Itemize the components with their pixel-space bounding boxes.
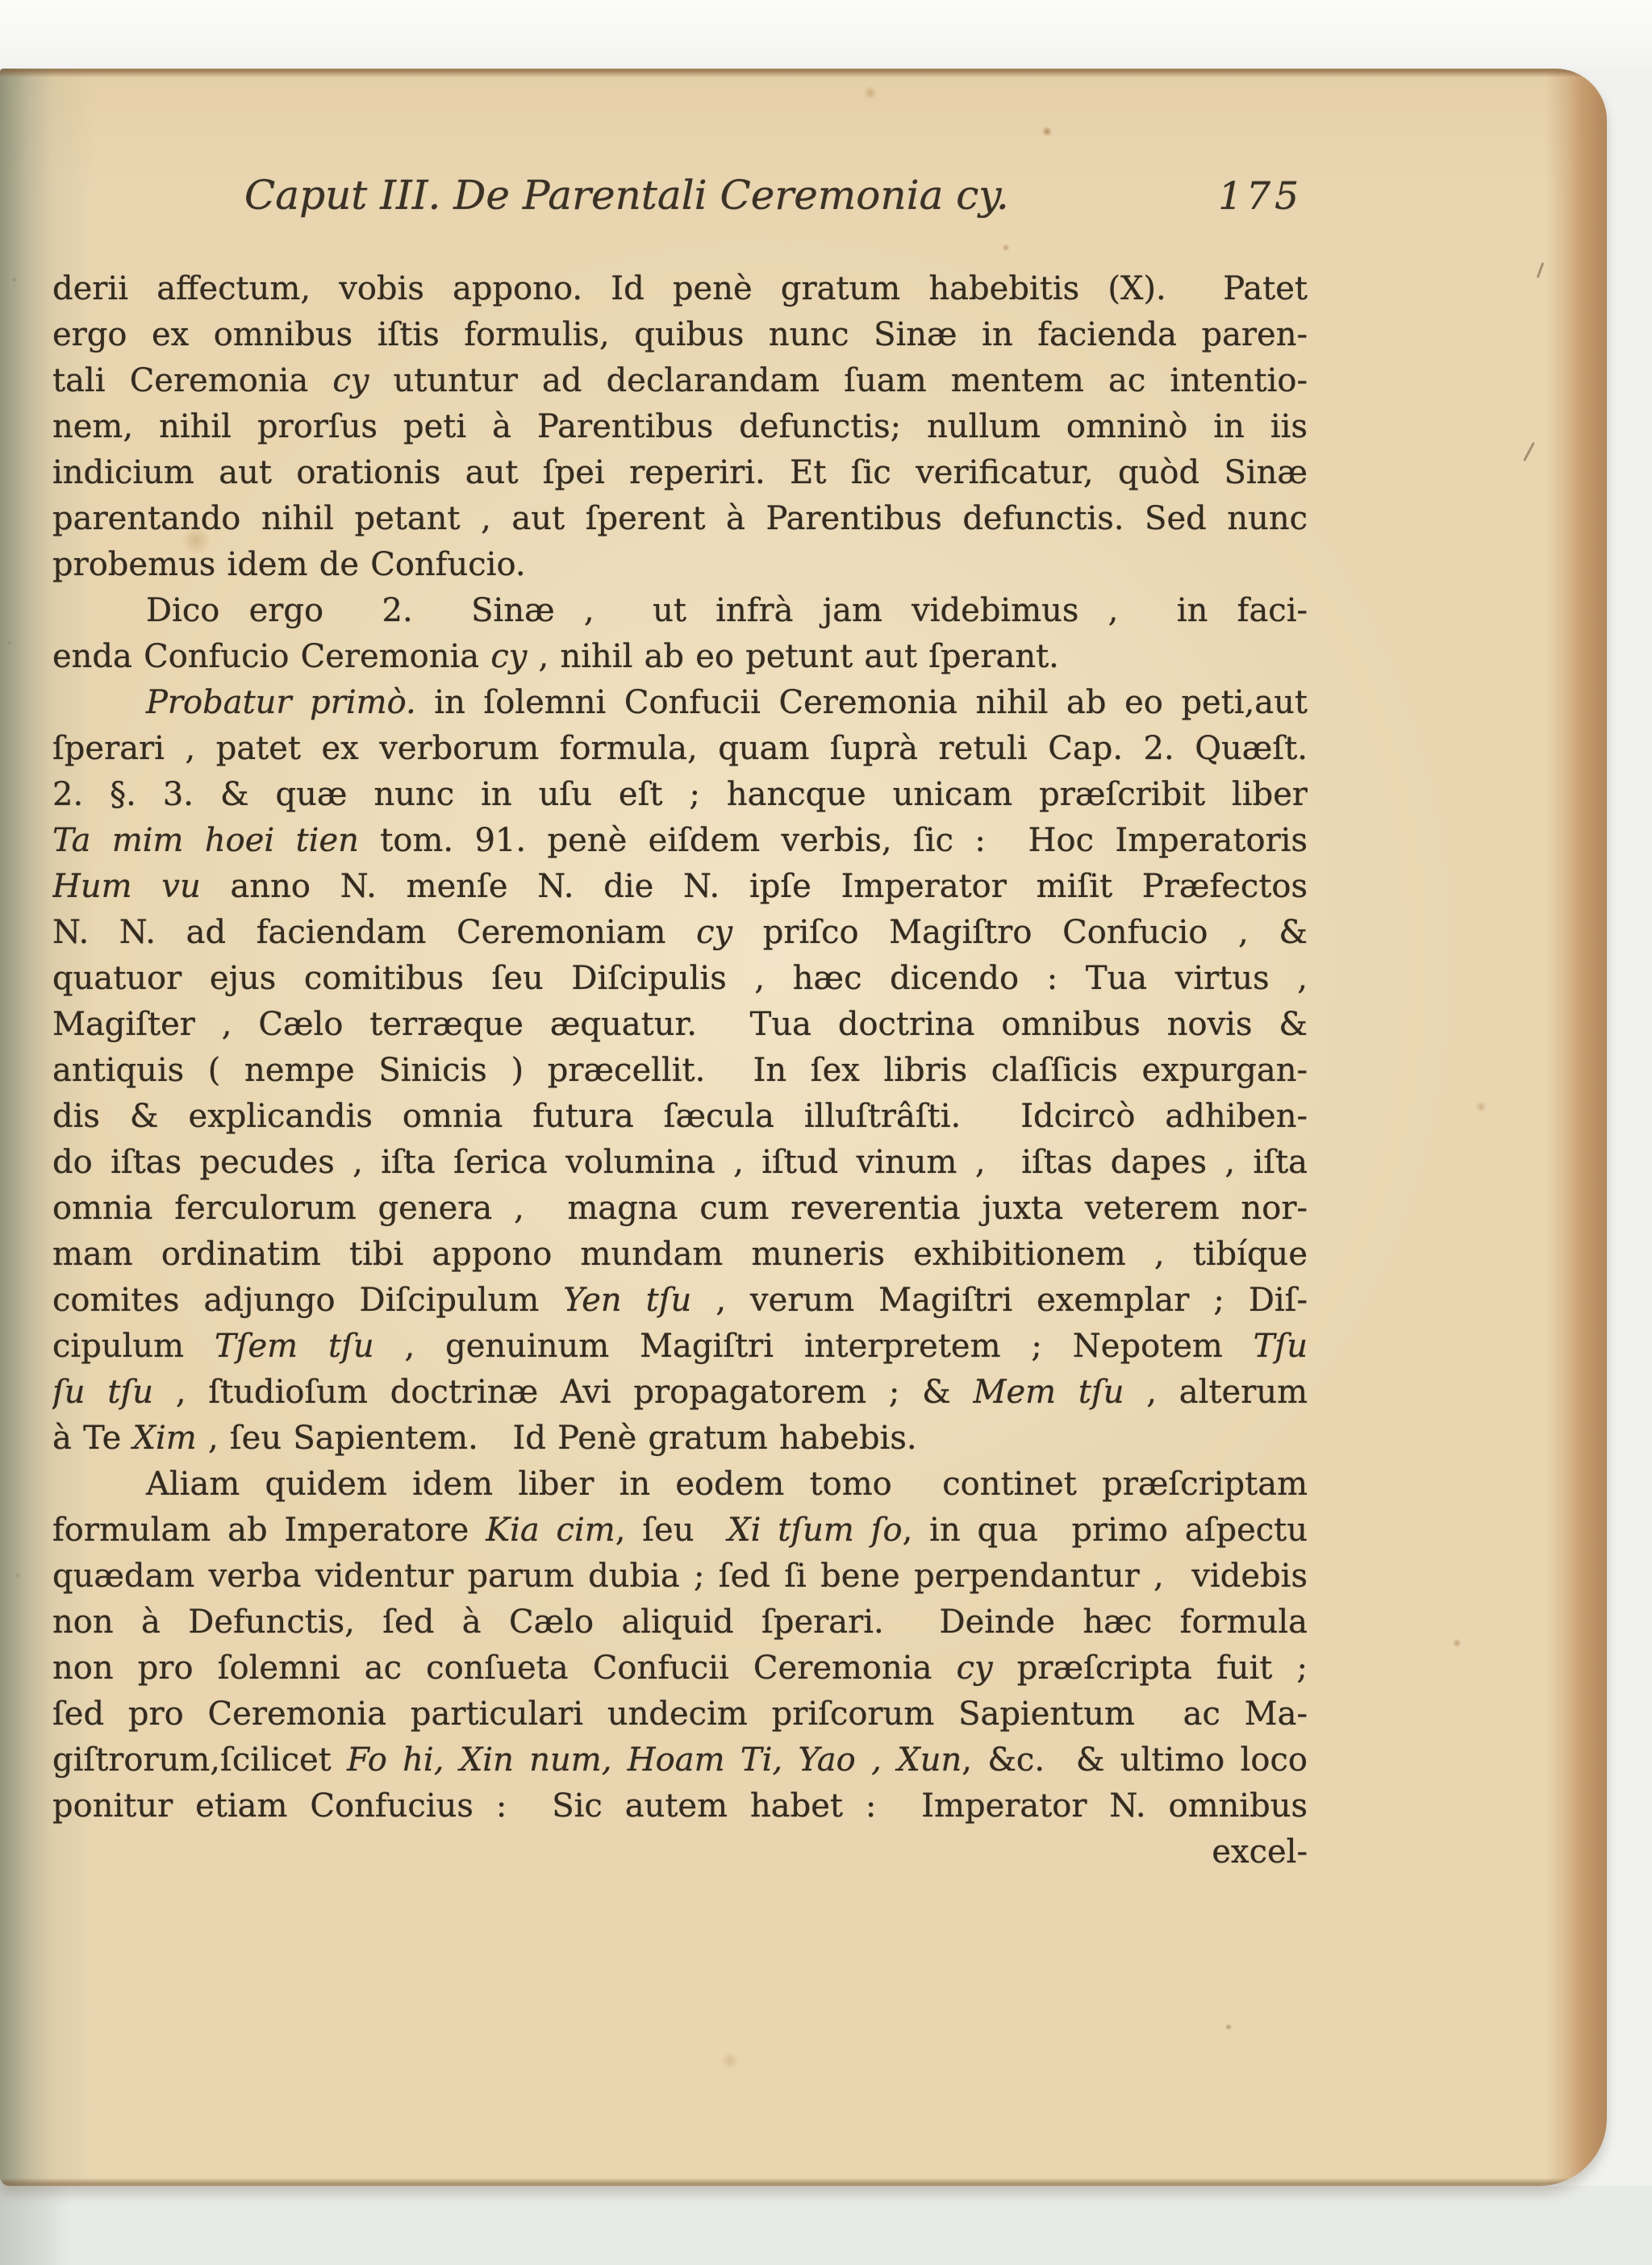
text-line-14: Hum vu anno N. menſe N. die N. ipſe Impe… [52,864,1308,910]
text-line-19: dis & explicandis omnia futura ſæcula il… [52,1094,1308,1140]
text-line-26: à Te Xim , ſeu Sapientem. Id Penè gratum… [52,1416,1308,1462]
text-line-29: quædam verba videntur parum dubia ; ſed … [52,1554,1308,1600]
text-line-5: indicium aut orationis aut ſpei reperiri… [52,450,1308,496]
scanner-background-bottom [0,2186,1652,2265]
text-line-6: parentando nihil petant , aut ſperent à … [52,496,1308,542]
text-line-27: Aliam quidem idem liber in eodem tomo co… [52,1462,1308,1508]
chapter-title: Caput III. De Parentali Ceremonia cy. [244,172,1009,219]
book-page: Caput III. De Parentali Ceremonia cy. 17… [0,69,1607,2186]
book-binding-shadow [0,2178,89,2265]
text-line-33: giſtrorum,ſcilicet Fo hi, Xin num, Hoam … [52,1737,1308,1783]
text-line-34: ponitur etiam Confucius : Sic autem habe… [52,1783,1308,1829]
text-line-24: cipulum Tſem tſu , genuinum Magiſtri int… [52,1324,1308,1370]
running-header: Caput III. De Parentali Ceremonia cy. 17… [52,172,1308,219]
text-line-23: comites adjungo Diſcipulum Yen tſu , ver… [52,1278,1308,1324]
scanner-background-top [0,0,1652,69]
text-line-30: non à Defunctis, ſed à Cælo aliquid ſper… [52,1600,1308,1646]
text-line-15: N. N. ad faciendam Ceremoniam cy priſco … [52,910,1308,956]
page-number: 175 [1218,174,1303,219]
text-line-9: enda Confucio Ceremonia cy , nihil ab eo… [52,634,1308,680]
body-text: derii affectum, vobis appono. Id penè gr… [52,266,1308,1875]
text-line-2: ergo ex omnibus iſtis formulis, quibus n… [52,312,1308,358]
stray-mark [1523,442,1535,461]
text-line-21: omnia ferculorum genera , magna cum reve… [52,1186,1308,1232]
text-line-17: Magiſter , Cælo terræque æquatur. Tua do… [52,1002,1308,1048]
text-line-22: mam ordinatim tibi appono mundam muneris… [52,1232,1308,1278]
text-line-3: tali Ceremonia cy utuntur ad declarandam… [52,358,1308,404]
stray-mark [1537,262,1545,278]
text-line-16: quatuor ejus comitibus ſeu Diſcipulis , … [52,956,1308,1002]
scanned-book-page: Caput III. De Parentali Ceremonia cy. 17… [0,0,1652,2265]
text-line-13: Ta mim hoei tien tom. 91. penè eiſdem ve… [52,818,1308,864]
text-line-1: derii affectum, vobis appono. Id penè gr… [52,266,1308,312]
text-line-12: 2. §. 3. & quæ nunc in uſu eſt ; hancque… [52,772,1308,818]
text-line-25: ſu tſu , ſtudioſum doctrinæ Avi propagat… [52,1370,1308,1416]
text-line-8: Dico ergo 2. Sinæ , ut infrà jam videbim… [52,588,1308,634]
text-line-31: non pro ſolemni ac conſueta Confucii Cer… [52,1646,1308,1691]
text-line-4: nem, nihil prorſus peti à Parentibus def… [52,404,1308,450]
text-line-11: ſperari , patet ex verborum formula, qua… [52,726,1308,772]
text-line-18: antiquis ( nempe Sinicis ) præcellit. In… [52,1048,1308,1094]
catchword: excel- [52,1829,1308,1875]
text-line-28: formulam ab Imperatore Kia cim, ſeu Xi t… [52,1508,1308,1554]
text-line-10: Probatur primò. in ſolemni Confucii Cere… [52,680,1308,726]
text-line-32: ſed pro Ceremonia particulari undecim pr… [52,1691,1308,1737]
text-line-20: do iſtas pecudes , iſta ſerica volumina … [52,1140,1308,1186]
text-line-7: probemus idem de Confucio. [52,542,1308,588]
